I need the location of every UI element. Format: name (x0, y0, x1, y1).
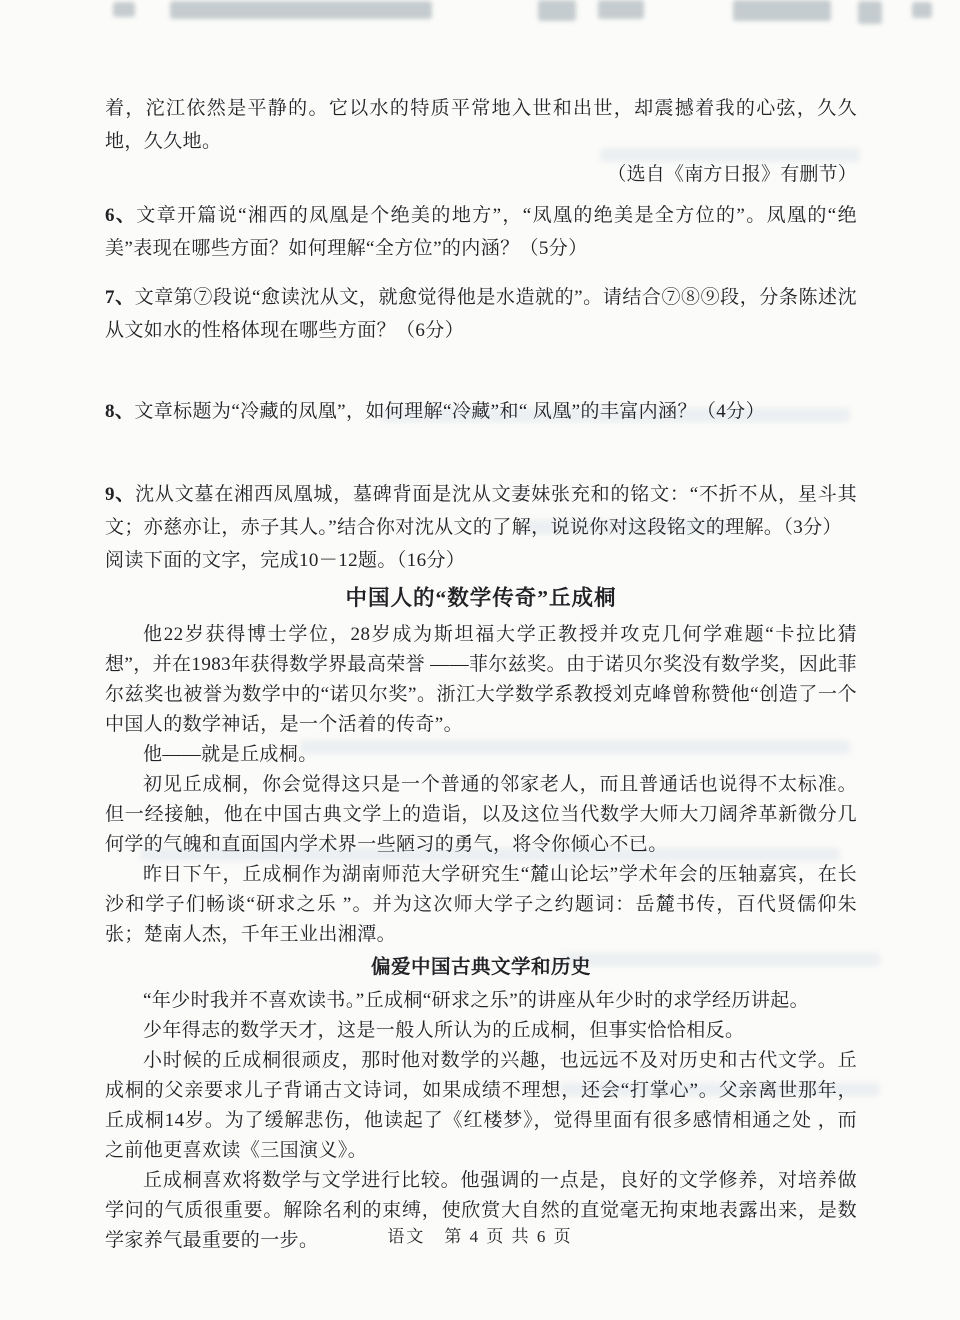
passage-body: 他22岁获得博士学位，28岁成为斯坦福大学正教授并攻克几何学难题“卡拉比猜想”，… (105, 620, 857, 1256)
continuation-text: 着，沱江依然是平静的。它以水的特质平常地入世和出世，却震撼着我的心弦，久久地，久… (105, 92, 857, 158)
source-note: （选自《南方日报》有删节） (105, 158, 857, 191)
bleed-through-mark (858, 1, 882, 24)
passage-paragraph: 他——就是丘成桐。 (105, 740, 857, 770)
bleed-through-mark (113, 2, 135, 17)
passage-subtitle: 偏爱中国古典文学和历史 (105, 952, 857, 984)
page-footer: 语文 第 4 页 共 6 页 (0, 1222, 960, 1247)
bleed-through-mark (170, 1, 432, 19)
question-6-number: 6、 (105, 205, 136, 226)
passage-paragraph: 昨日下午，丘成桐作为湖南师范大学研究生“麓山论坛”学术年会的压轴嘉宾，在长沙和学… (105, 860, 857, 950)
passage-paragraph: “年少时我并不喜欢读书。”丘成桐“研求之乐”的讲座从年少时的求学经历讲起。 (105, 986, 857, 1016)
question-7-text: 文章第⑦段说“愈读沈从文，就愈觉得他是水造就的”。请结合⑦⑧⑨段，分条陈述沈从文… (105, 287, 857, 341)
bleed-through-mark (538, 0, 576, 21)
question-9-text: 沈从文墓在湘西凤凰城，墓碑背面是沈从文妻妹张充和的铭文：“不折不从，星斗其文；亦… (105, 484, 857, 538)
passage-paragraph: 小时候的丘成桐很顽皮，那时他对数学的兴趣，也远远不及对历史和古代文学。丘成桐的父… (105, 1046, 857, 1166)
passage-paragraph: 少年得志的数学天才，这是一般人所认为的丘成桐，但事实恰恰相反。 (105, 1016, 857, 1046)
page-footer-text: 语文 第 4 页 共 6 页 (387, 1227, 572, 1246)
passage-paragraph: 初见丘成桐，你会觉得这只是一个普通的邻家老人，而且普通话也说得不太标准。但一经接… (105, 770, 857, 860)
question-6-text: 文章开篇说“湘西的凤凰是个绝美的地方”，“凤凰的绝美是全方位的”。凤凰的“绝美”… (105, 205, 857, 259)
question-7-number: 7、 (105, 287, 135, 308)
question-8-number: 8、 (105, 401, 134, 422)
exam-page: 着，沱江依然是平静的。它以水的特质平常地入世和出世，却震撼着我的心弦，久久地，久… (0, 0, 960, 1320)
question-8: 8、文章标题为“冷藏的凤凰”，如何理解“冷藏”和“ 凤凰”的丰富内涵？（4分） (105, 395, 857, 428)
page-content: 着，沱江依然是平静的。它以水的特质平常地入世和出世，却震撼着我的心弦，久久地，久… (105, 92, 857, 1256)
bleed-through-mark (733, 0, 831, 21)
question-6: 6、文章开篇说“湘西的凤凰是个绝美的地方”，“凤凰的绝美是全方位的”。凤凰的“绝… (105, 199, 857, 265)
question-8-text: 文章标题为“冷藏的凤凰”，如何理解“冷藏”和“ 凤凰”的丰富内涵？（4分） (134, 401, 765, 422)
bleed-through-mark (912, 2, 932, 18)
question-9-number: 9、 (105, 484, 135, 505)
reading-instruction: 阅读下面的文字，完成10－12题。（16分） (105, 544, 857, 577)
question-9: 9、沈从文墓在湘西凤凰城，墓碑背面是沈从文妻妹张充和的铭文：“不折不从，星斗其文… (105, 478, 857, 544)
passage-paragraph: 他22岁获得博士学位，28岁成为斯坦福大学正教授并攻克几何学难题“卡拉比猜想”，… (105, 620, 857, 740)
passage-title: 中国人的“数学传奇”丘成桐 (105, 582, 857, 614)
question-7: 7、文章第⑦段说“愈读沈从文，就愈觉得他是水造就的”。请结合⑦⑧⑨段，分条陈述沈… (105, 281, 857, 347)
bleed-through-mark (598, 0, 644, 19)
